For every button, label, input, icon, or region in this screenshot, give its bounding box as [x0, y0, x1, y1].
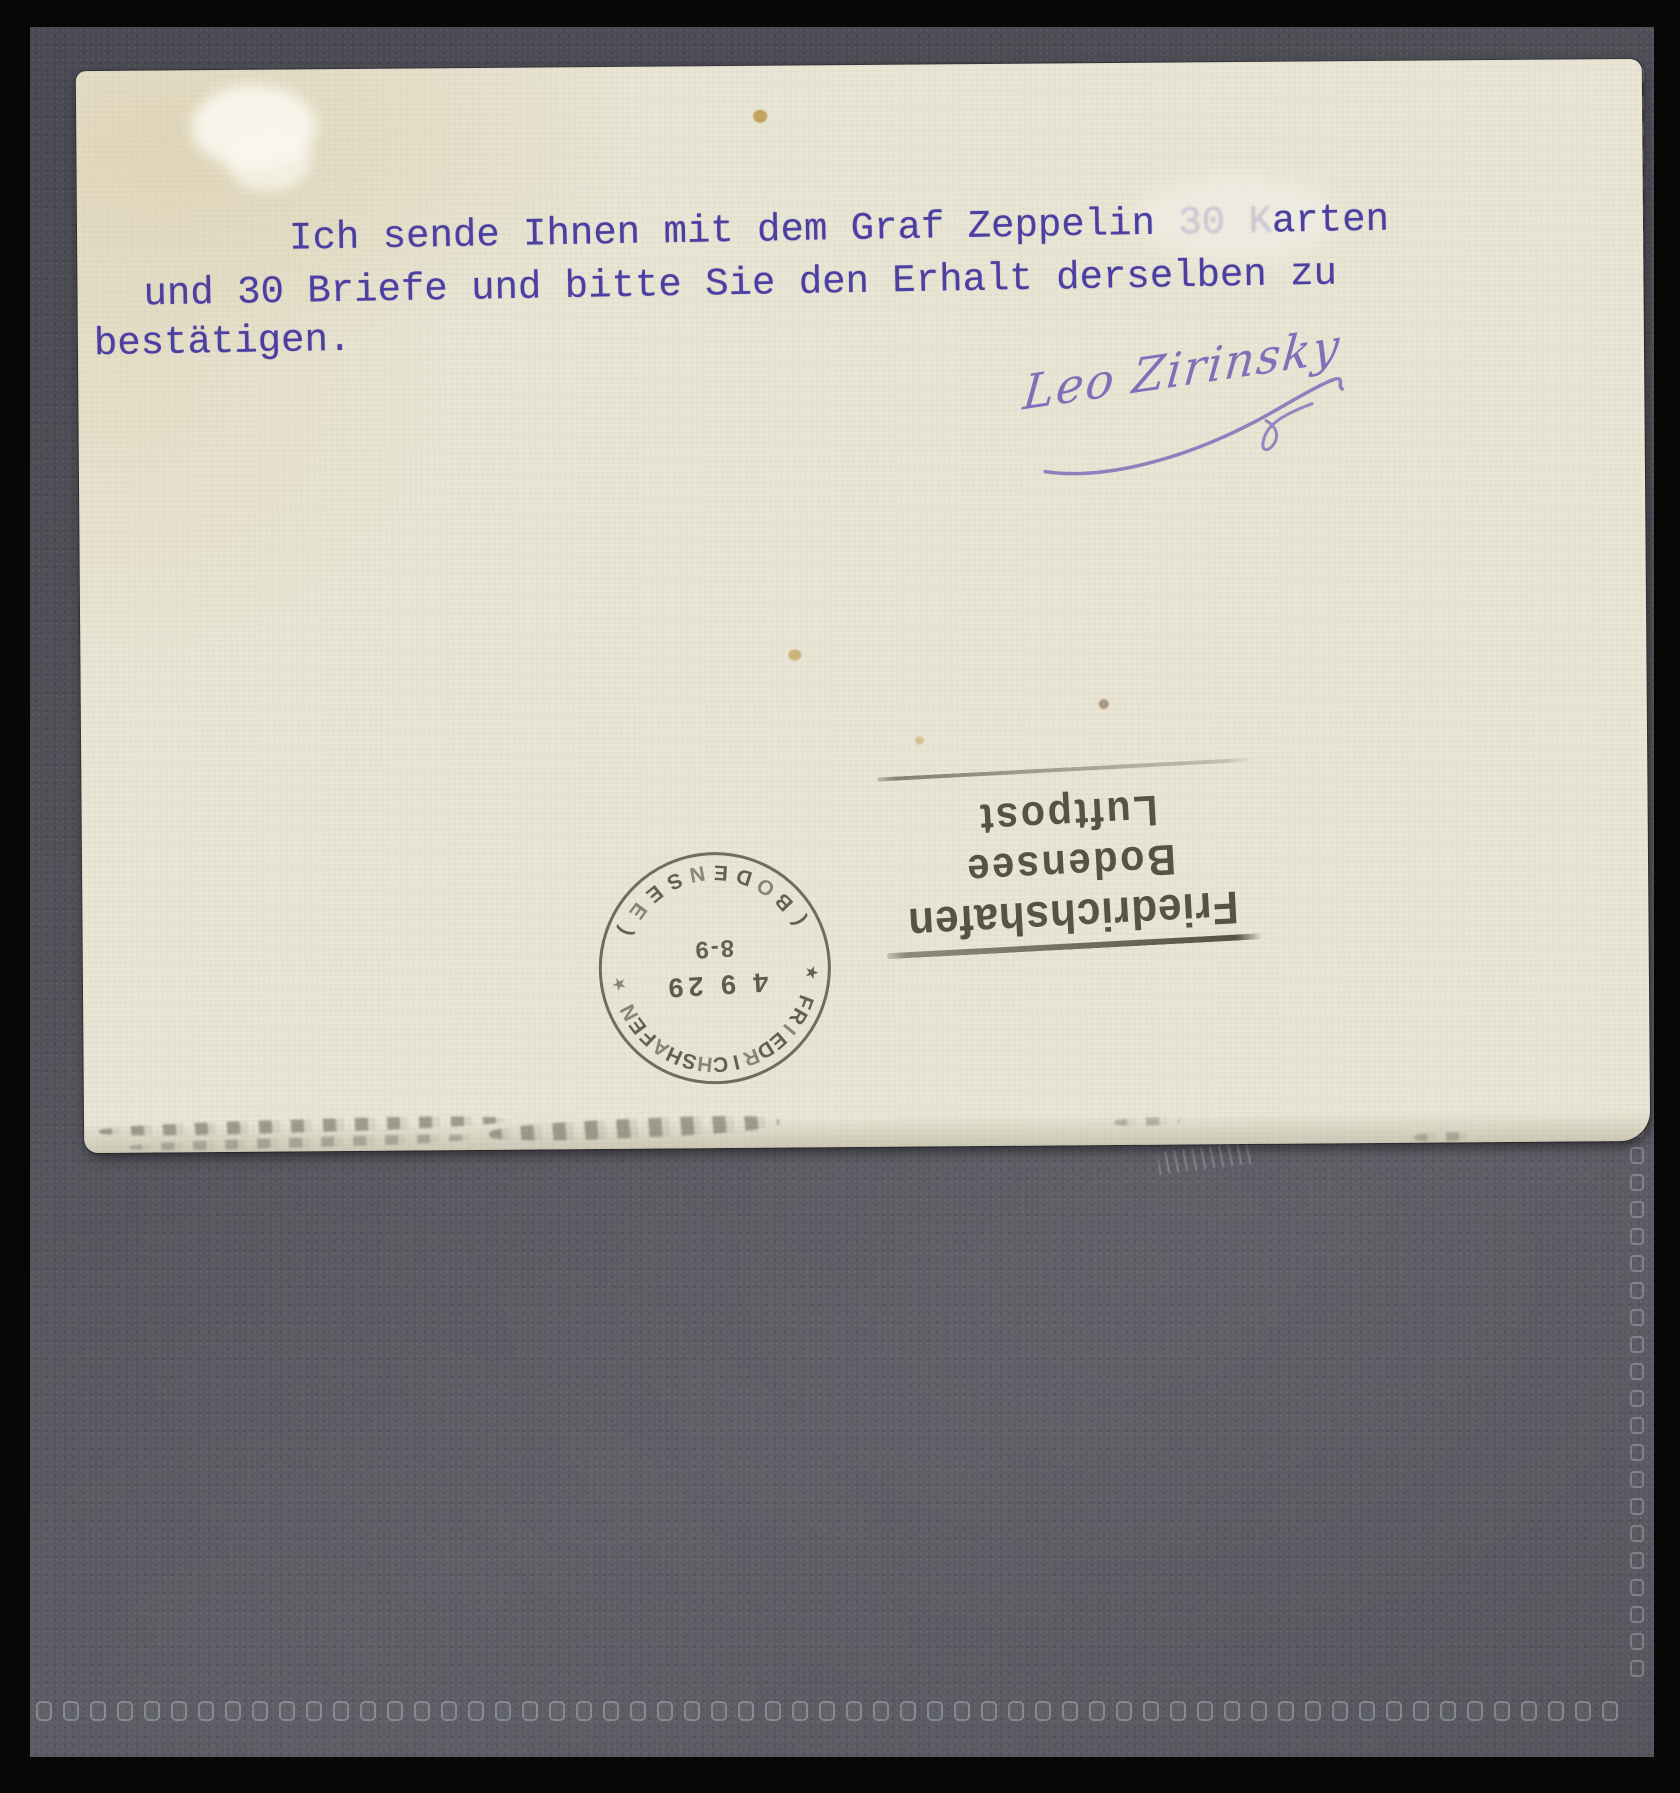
stitch-square	[198, 1701, 214, 1721]
stitch-square	[1630, 1579, 1644, 1596]
stitch-square	[1575, 1701, 1591, 1721]
stitch-row-bottom	[36, 1701, 1624, 1725]
stitch-square	[1630, 1471, 1644, 1488]
stain	[753, 110, 767, 123]
stitch-square	[981, 1701, 997, 1721]
sleeve-scratch	[1157, 1141, 1254, 1174]
typed-text-faded: 30 K	[1178, 200, 1272, 246]
stitch-square	[1143, 1701, 1159, 1721]
postmark: 4 9 29 8-9 FRIEDRICHSHAFEN(BODENSEE)★★	[592, 845, 838, 1091]
cachet-stamp: Friedrichshafen Bodensee Luftpost	[877, 758, 1262, 960]
stitch-square	[873, 1701, 889, 1721]
ink-smudge	[1114, 1117, 1180, 1127]
stitch-square	[765, 1701, 781, 1721]
stitch-square	[819, 1701, 835, 1721]
stitch-square	[1630, 1309, 1644, 1326]
stitch-square	[1224, 1701, 1240, 1721]
stitch-square	[900, 1701, 916, 1721]
stitch-square	[1521, 1701, 1537, 1721]
stitch-square	[1413, 1701, 1429, 1721]
stitch-square	[1630, 1336, 1644, 1353]
stitch-square	[414, 1701, 430, 1721]
stitch-square	[306, 1701, 322, 1721]
stitch-square	[1332, 1701, 1348, 1721]
stitch-square	[117, 1701, 133, 1721]
stitch-square	[1008, 1701, 1024, 1721]
stitch-square	[90, 1701, 106, 1721]
stitch-square	[846, 1701, 862, 1721]
stitch-square	[1251, 1701, 1267, 1721]
stitch-square	[171, 1701, 187, 1721]
postmark-ring-char: ★	[611, 975, 630, 993]
stitch-square	[441, 1701, 457, 1721]
stitch-square	[954, 1701, 970, 1721]
stitch-square	[468, 1701, 484, 1721]
stitch-square	[1630, 1525, 1644, 1542]
stitch-square	[522, 1701, 538, 1721]
stain	[1099, 699, 1109, 709]
stain	[191, 85, 317, 168]
postcard: Ich sende Ihnen mit dem Graf Zeppelin 30…	[76, 59, 1650, 1153]
stitch-square	[738, 1701, 754, 1721]
stitch-square	[792, 1701, 808, 1721]
ink-smudge	[129, 1132, 479, 1152]
stitch-square	[1630, 1498, 1644, 1515]
stitch-square	[1035, 1701, 1051, 1721]
stitch-square	[1630, 1417, 1644, 1434]
stitch-square	[1278, 1701, 1294, 1721]
stitch-square	[279, 1701, 295, 1721]
stitch-square	[1630, 1606, 1644, 1623]
stitch-square	[549, 1701, 565, 1721]
stitch-square	[1386, 1701, 1402, 1721]
stitch-square	[711, 1701, 727, 1721]
stitch-square	[1440, 1701, 1456, 1721]
stitch-square	[1170, 1701, 1186, 1721]
stitch-square	[36, 1701, 52, 1721]
stain	[915, 737, 924, 745]
ink-smudge	[99, 1114, 504, 1139]
stitch-square	[657, 1701, 673, 1721]
stitch-square	[1602, 1701, 1618, 1721]
stitch-square	[1116, 1701, 1132, 1721]
stitch-square	[387, 1701, 403, 1721]
album-sleeve: Ich sende Ihnen mit dem Graf Zeppelin 30…	[30, 27, 1654, 1757]
stitch-square	[1630, 1228, 1644, 1245]
stitch-square	[630, 1701, 646, 1721]
ink-smudge	[1414, 1132, 1469, 1143]
stitch-square	[63, 1701, 79, 1721]
stitch-square	[1197, 1701, 1213, 1721]
postmark-ring-char: H	[696, 1052, 713, 1074]
stitch-square	[1630, 1552, 1644, 1569]
stitch-square	[1630, 1282, 1644, 1299]
stitch-square	[360, 1701, 376, 1721]
stain	[788, 649, 801, 660]
stitch-square	[1630, 1660, 1644, 1677]
stitch-square	[495, 1701, 511, 1721]
stitch-square	[1630, 1201, 1644, 1218]
stitch-square	[1630, 1390, 1644, 1407]
stitch-square	[333, 1701, 349, 1721]
stitch-square	[1062, 1701, 1078, 1721]
cachet-rule-bottom	[877, 758, 1253, 782]
stitch-square	[927, 1701, 943, 1721]
typed-line-3: bestätigen.	[93, 314, 351, 370]
postmark-ring-char: E	[713, 861, 728, 883]
postmark-ring-char: C	[712, 1053, 728, 1075]
stitch-square	[1630, 1147, 1644, 1164]
stitch-square	[1630, 1633, 1644, 1650]
stitch-square	[1630, 1363, 1644, 1380]
stitch-square	[1089, 1701, 1105, 1721]
ink-smudge	[489, 1113, 780, 1144]
typed-text: arten	[1272, 198, 1390, 244]
stitch-square	[1548, 1701, 1564, 1721]
stain	[226, 129, 311, 192]
photo-frame: { "card": { "message": { "line1_pre": "I…	[0, 0, 1680, 1793]
stitch-square	[225, 1701, 241, 1721]
stitch-square	[684, 1701, 700, 1721]
stitch-square	[576, 1701, 592, 1721]
stitch-square	[1630, 1444, 1644, 1461]
stitch-square	[1467, 1701, 1483, 1721]
postmark-ring-char: ★	[802, 964, 820, 980]
signature: Leo Zirinsky	[1020, 320, 1381, 538]
stitch-square	[1630, 1174, 1644, 1191]
stitch-square	[1359, 1701, 1375, 1721]
stitch-square	[1305, 1701, 1321, 1721]
stitch-square	[144, 1701, 160, 1721]
stitch-square	[1494, 1701, 1510, 1721]
stitch-square	[603, 1701, 619, 1721]
stitch-square	[252, 1701, 268, 1721]
stitch-square	[1630, 1255, 1644, 1272]
